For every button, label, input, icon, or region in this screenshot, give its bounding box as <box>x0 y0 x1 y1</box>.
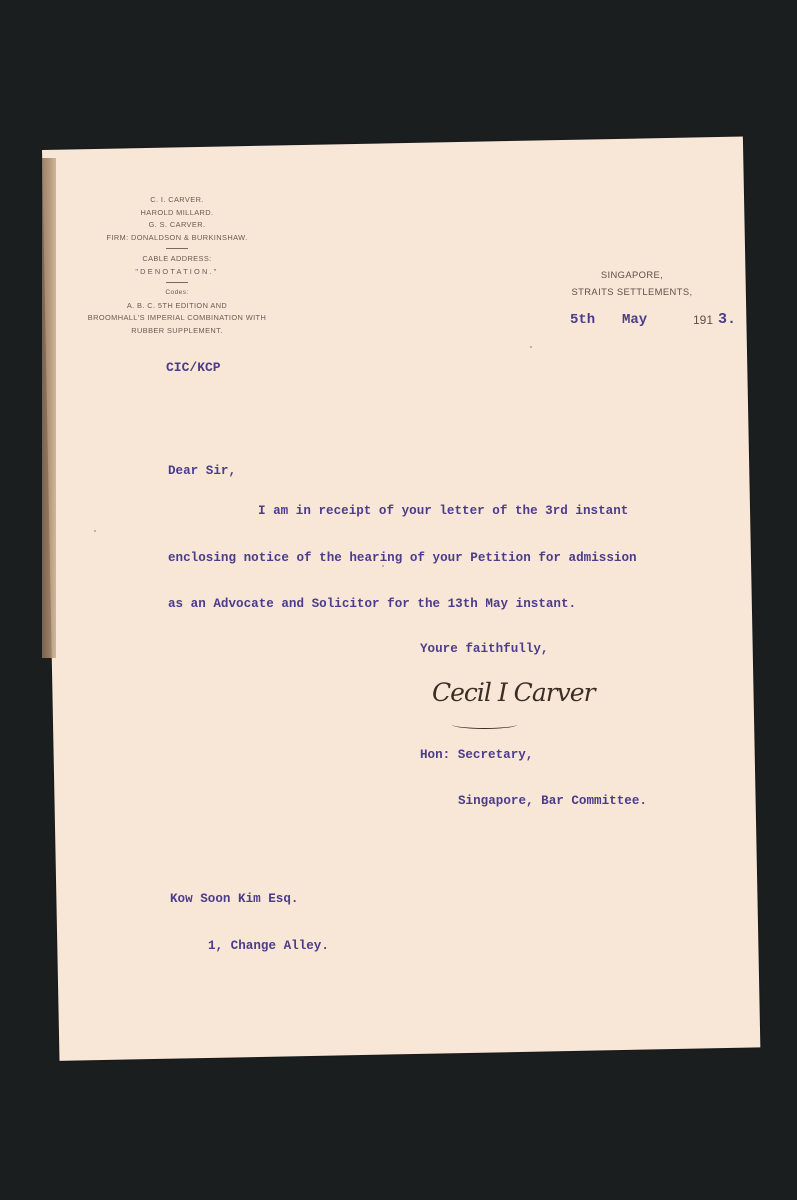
date-year-printed: 191 <box>693 313 713 327</box>
reference-code: CIC/KCP <box>166 360 221 375</box>
codes-line: A. B. C. 5TH EDITION AND <box>62 300 292 313</box>
codes-line: BROOMHALL'S IMPERIAL COMBINATION WITH <box>62 312 292 325</box>
letterhead-place: SINGAPORE, STRAITS SETTLEMENTS, <box>542 266 722 300</box>
cable-address: "DENOTATION." <box>62 266 292 279</box>
torn-edge-stain <box>42 158 56 658</box>
signature-flourish <box>452 720 517 729</box>
codes-line: RUBBER SUPPLEMENT. <box>62 325 292 338</box>
place-city: SINGAPORE, <box>542 266 722 283</box>
body-line: I am in receipt of your letter of the 3r… <box>258 504 628 518</box>
date-day: 5th <box>570 312 595 328</box>
cable-address-label: CABLE ADDRESS: <box>62 253 292 266</box>
paper-speck <box>530 346 532 348</box>
date-month: May <box>622 312 647 328</box>
letter-paper: C. I. CARVER. HAROLD MILLARD. G. S. CARV… <box>42 137 760 1061</box>
divider <box>166 282 188 283</box>
signatory-organization: Singapore, Bar Committee. <box>458 794 647 808</box>
paper-speck <box>382 565 384 567</box>
firm-name: FIRM: DONALDSON & BURKINSHAW. <box>62 232 292 245</box>
salutation: Dear Sir, <box>168 464 236 478</box>
handwritten-signature: Cecil I Carver <box>432 678 595 707</box>
partner-name: HAROLD MILLARD. <box>62 207 292 220</box>
addressee-address: 1, Change Alley. <box>208 939 329 953</box>
partner-name: C. I. CARVER. <box>62 194 292 207</box>
partner-name: G. S. CARVER. <box>62 219 292 232</box>
codes-label: Codes: <box>62 287 292 300</box>
date-year-typed: 3. <box>718 311 736 328</box>
divider <box>166 248 188 249</box>
letterhead-partners-block: C. I. CARVER. HAROLD MILLARD. G. S. CARV… <box>62 194 292 337</box>
signatory-title: Hon: Secretary, <box>420 748 533 762</box>
addressee-name: Kow Soon Kim Esq. <box>170 892 298 906</box>
body-line: as an Advocate and Solicitor for the 13t… <box>168 597 576 611</box>
body-line: enclosing notice of the hearing of your … <box>168 551 637 565</box>
closing: Youre faithfully, <box>420 642 548 656</box>
paper-speck <box>94 530 96 532</box>
place-region: STRAITS SETTLEMENTS, <box>542 283 722 300</box>
